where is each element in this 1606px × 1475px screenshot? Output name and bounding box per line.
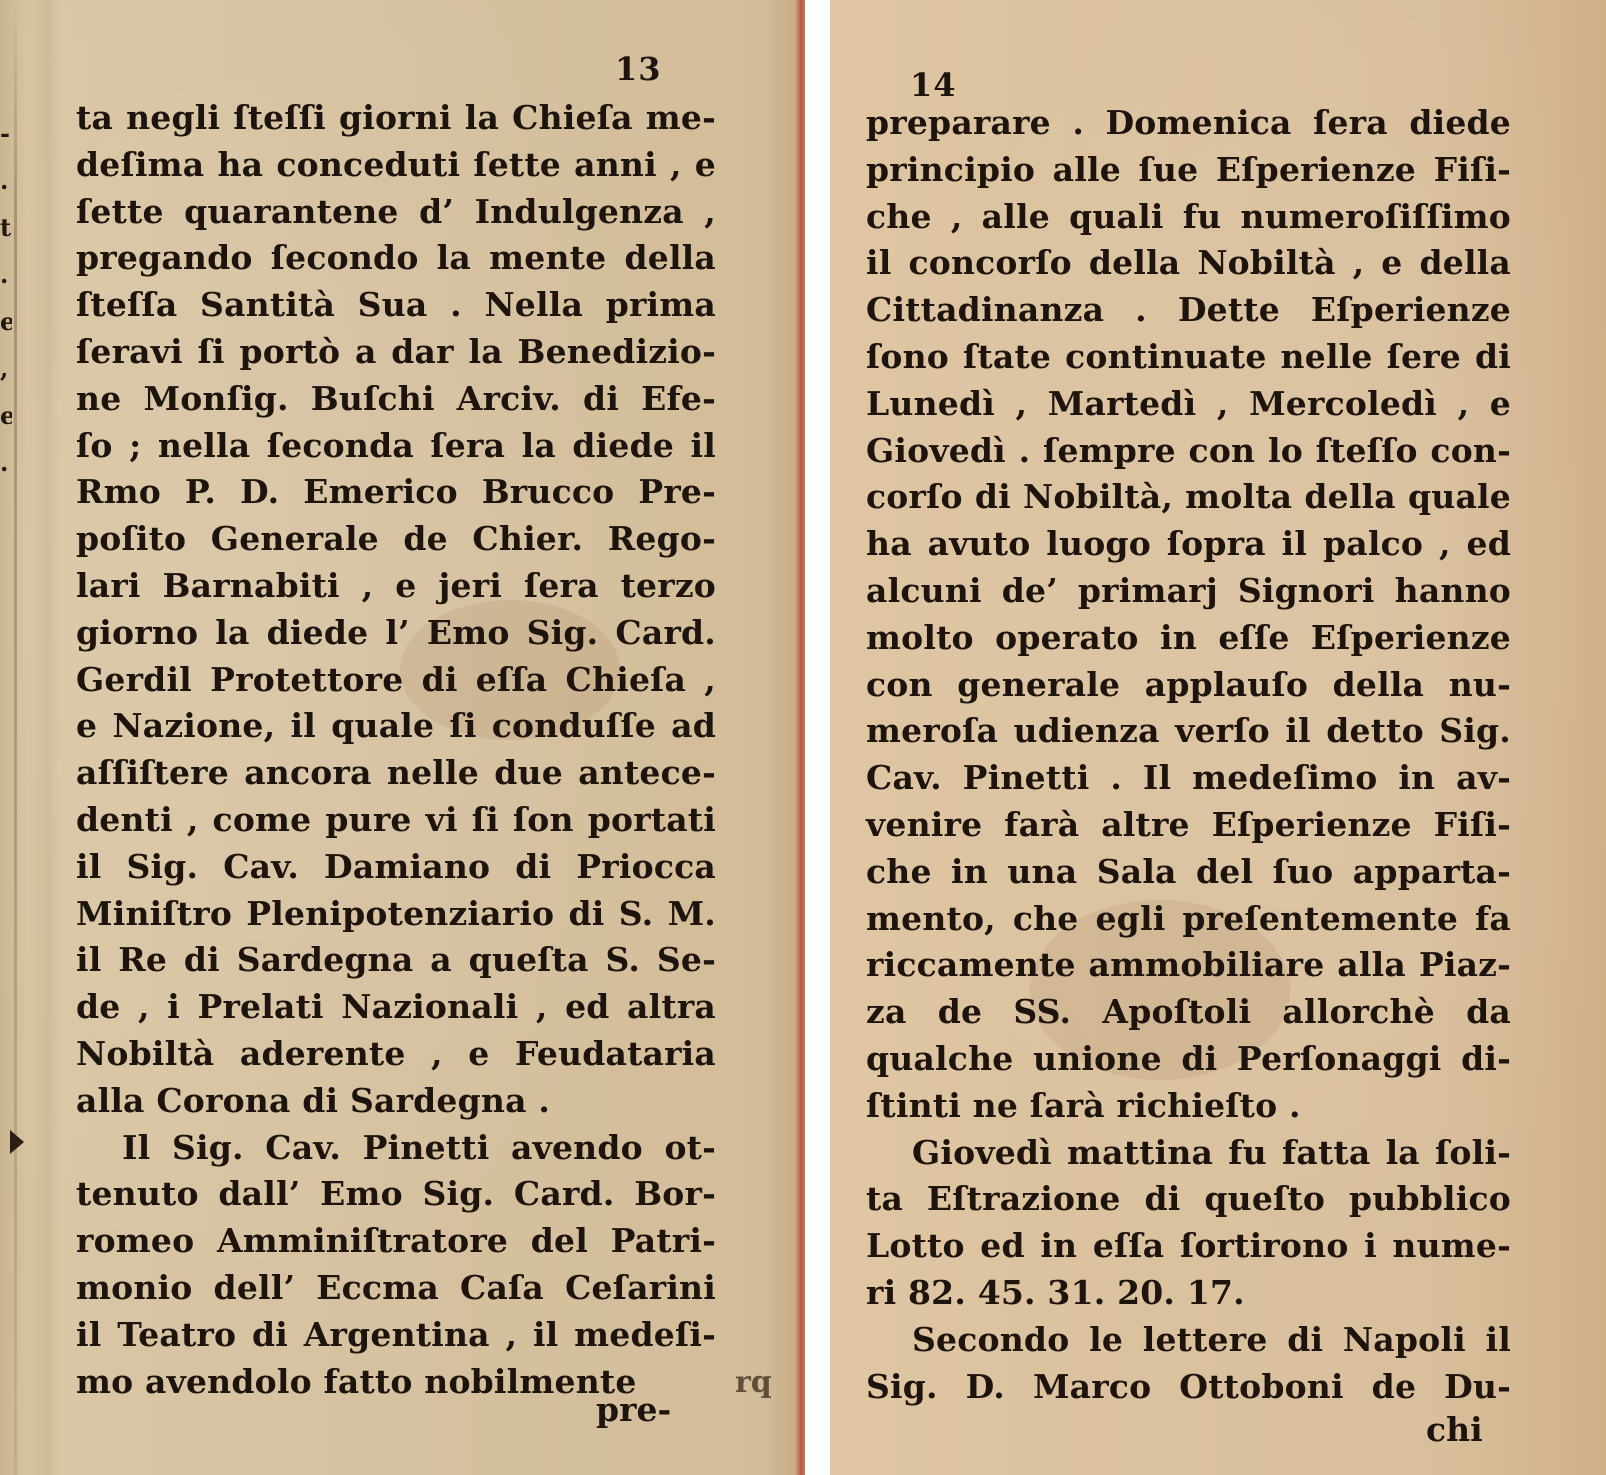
text-line: ta Eſtrazione di queſto pubblico xyxy=(866,1176,1511,1223)
text-line: ſeravi ſi portò a dar la Benedizio- xyxy=(76,329,716,376)
text-line: alla Corona di Sardegna . xyxy=(76,1078,716,1125)
adjacent-page-bleed: - . t . e , e . xyxy=(0,110,12,486)
text-line: ſono ſtate continuate nelle ſere di xyxy=(866,334,1511,381)
page-number: 14 xyxy=(910,66,957,104)
text-line: mento, che egli preſentemente fa xyxy=(866,896,1511,943)
page-number: 13 xyxy=(615,50,662,88)
text-line: ta negli ſteſſi giorni la Chieſa me- xyxy=(76,95,716,142)
bleed-mark: t xyxy=(0,204,12,251)
text-line: qualche unione di Perſonaggi di- xyxy=(866,1036,1511,1083)
text-line: deſima ha conceduti ſette anni , e xyxy=(76,142,716,189)
text-line: tenuto dall’ Emo Sig. Card. Bor- xyxy=(76,1171,716,1218)
bleed-mark: e xyxy=(0,392,12,439)
bleed-mark: . xyxy=(0,439,12,486)
text-line: Cav. Pinetti . Il medeſimo in av- xyxy=(866,755,1511,802)
text-line: Lotto ed in eſſa ſortirono i nume- xyxy=(866,1223,1511,1270)
text-line: il Sig. Cav. Damiano di Priocca xyxy=(76,844,716,891)
text-line: corſo di Nobiltà, molta della quale xyxy=(866,474,1511,521)
text-line: Rmo P. D. Emerico Brucco Pre- xyxy=(76,469,716,516)
text-line: Miniſtro Plenipotenziario di S. M. xyxy=(76,891,716,938)
text-line: ha avuto luogo ſopra il palco , ed xyxy=(866,521,1511,568)
bleed-mark: - xyxy=(0,110,12,157)
printer-mark-icon xyxy=(10,1130,24,1154)
text-line: Sig. D. Marco Ottoboni de Du- xyxy=(866,1364,1511,1411)
text-line: preparare . Domenica ſera diede xyxy=(866,100,1511,147)
left-page: - . t . e , e . 13 ta negli ſteſſi giorn… xyxy=(0,0,805,1475)
bleed-mark: rq xyxy=(735,1365,772,1400)
text-line: meroſa udienza verſo il detto Sig. xyxy=(866,708,1511,755)
text-line: Il Sig. Cav. Pinetti avendo ot- xyxy=(76,1125,716,1172)
right-page-text: preparare . Domenica ſera diedeprincipio… xyxy=(866,100,1511,1410)
text-line: e Nazione, il quale ſi conduſſe ad xyxy=(76,703,716,750)
text-line: il concorſo della Nobiltà , e della xyxy=(866,240,1511,287)
text-line: za de SS. Apoſtoli allorchè da xyxy=(866,989,1511,1036)
text-line: denti , come pure vi ſi ſon portati xyxy=(76,797,716,844)
text-line: Lunedì , Martedì , Mercoledì , e xyxy=(866,381,1511,428)
text-line: monio dell’ Eccma Caſa Ceſarini xyxy=(76,1265,716,1312)
text-line: Giovedì . ſempre con lo ſteſſo con- xyxy=(866,428,1511,475)
text-line: venire farà altre Eſperienze Fiſi- xyxy=(866,802,1511,849)
text-line: aſſiſtere ancora nelle due antece- xyxy=(76,750,716,797)
text-line: ri 82. 45. 31. 20. 17. xyxy=(866,1270,1511,1317)
bleed-mark: e xyxy=(0,298,12,345)
text-line: molto operato in eſſe Eſperienze xyxy=(866,615,1511,662)
text-line: Cittadinanza . Dette Eſperienze xyxy=(866,287,1511,334)
text-line: de , i Prelati Nazionali , ed altra xyxy=(76,984,716,1031)
text-line: ſette quarantene d’ Indulgenza , xyxy=(76,189,716,236)
text-line: ſtinti ne ſarà richieſto . xyxy=(866,1083,1511,1130)
text-line: Secondo le lettere di Napoli il xyxy=(866,1317,1511,1364)
spine-shadow xyxy=(14,0,17,1475)
text-line: Gerdil Protettore di eſſa Chieſa , xyxy=(76,657,716,704)
text-line: con generale applauſo della nu- xyxy=(866,662,1511,709)
bleed-mark: . xyxy=(0,157,12,204)
text-line: Nobiltà aderente , e Feudataria xyxy=(76,1031,716,1078)
text-line: riccamente ammobiliare alla Piaz- xyxy=(866,942,1511,989)
text-line: poſito Generale de Chier. Rego- xyxy=(76,516,716,563)
gutter xyxy=(805,0,830,1475)
text-line: che in una Sala del ſuo apparta- xyxy=(866,849,1511,896)
text-line: ſo ; nella ſeconda ſera la diede il xyxy=(76,423,716,470)
text-line: giorno la diede l’ Emo Sig. Card. xyxy=(76,610,716,657)
text-line: ſteſſa Santità Sua . Nella prima xyxy=(76,282,716,329)
text-line: il Teatro di Argentina , il medeſi- xyxy=(76,1312,716,1359)
text-line: il Re di Sardegna a queſta S. Se- xyxy=(76,937,716,984)
catchword: chi xyxy=(1426,1410,1483,1449)
left-page-text: ta negli ſteſſi giorni la Chieſa me-deſi… xyxy=(76,95,716,1405)
catchword: pre- xyxy=(596,1390,671,1429)
text-line: che , alle quali fu numeroſiſſimo xyxy=(866,194,1511,241)
text-line: ne Monſig. Buſchi Arciv. di Efe- xyxy=(76,376,716,423)
text-line: principio alle ſue Eſperienze Fiſi- xyxy=(866,147,1511,194)
text-line: pregando ſecondo la mente della xyxy=(76,235,716,282)
text-line: Giovedì mattina fu fatta la ſoli- xyxy=(866,1130,1511,1177)
bleed-mark: . xyxy=(0,251,12,298)
bleed-mark: , xyxy=(0,345,12,392)
text-line: romeo Amminiſtratore del Patri- xyxy=(76,1218,716,1265)
text-line: lari Barnabiti , e jeri ſera terzo xyxy=(76,563,716,610)
text-line: alcuni de’ primarj Signori hanno xyxy=(866,568,1511,615)
right-page: 14 preparare . Domenica ſera diedeprinci… xyxy=(830,0,1606,1475)
